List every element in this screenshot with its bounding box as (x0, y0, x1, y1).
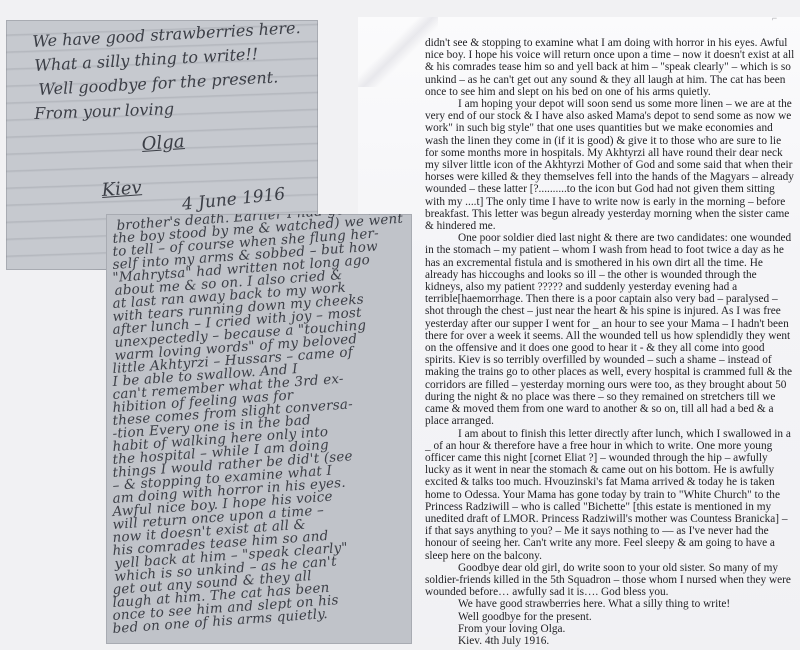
closing-line: Well goodbye for the present. (458, 611, 795, 623)
transcription-paragraph: didn't see & stopping to examine what I … (425, 37, 795, 98)
transcription-paragraph: One poor soldier died last night & there… (425, 232, 795, 427)
closing-date: Kiev. 4th July 1916. (458, 635, 795, 647)
transcription-paragraph: I am hoping your depot will soon send us… (425, 98, 795, 232)
closing-line: We have good strawberries here. What a s… (458, 598, 795, 610)
handwritten-page-2: brother's death. Earlier I had gone (a t… (106, 214, 412, 644)
typed-transcription: didn't see & stopping to examine what I … (425, 37, 795, 647)
closing-signature: From your loving Olga. (458, 623, 795, 635)
transcription-paragraph: I am about to finish this letter directl… (425, 428, 795, 562)
corner-mark: ⌐ (772, 13, 777, 23)
place-name: Kiev (101, 177, 142, 201)
transcription-paragraph: Goodbye dear old girl, do write soon to … (425, 562, 795, 599)
signature: Olga (141, 131, 185, 155)
closing-block: We have good strawberries here. What a s… (425, 598, 795, 647)
